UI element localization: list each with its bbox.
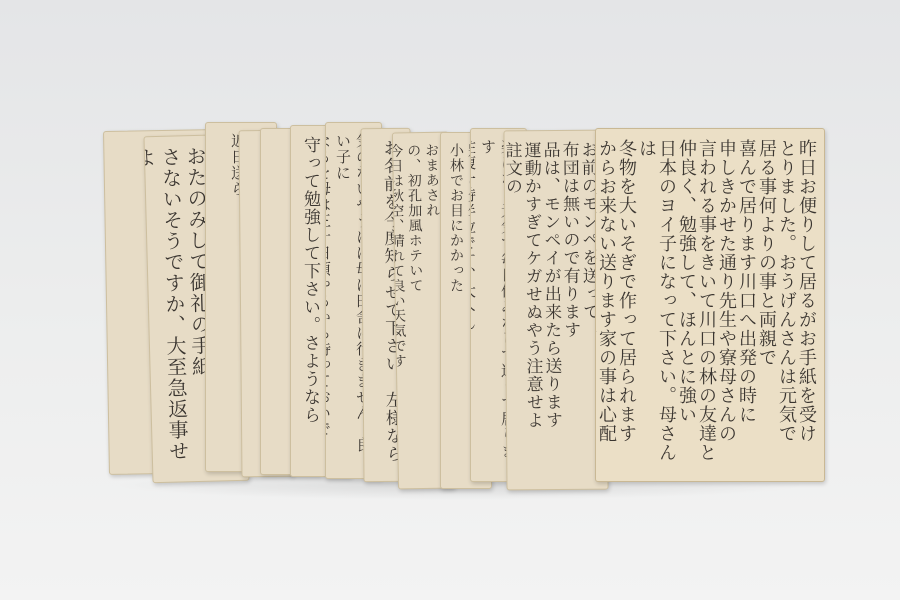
postcard-text: 昨日お便りして居るがお手紙を受け とりました。おうげんさんは元気で 居る事何より… xyxy=(604,139,816,471)
postcard-text: お前のモンペを送って 布団は無いので有ります 品は、モンペイが出来たら送ります … xyxy=(513,141,600,480)
postcard-front: 昨日お便りして居るがお手紙を受け とりました。おうげんさんは元気で 居る事何より… xyxy=(595,128,825,482)
photo-stage: か有りました なさい、清名駐から着荷の通知 ます。 おたのみして御礼の手紙 さな… xyxy=(0,0,900,600)
postcard-12: お前のモンペを送って 布団は無いので有ります 品は、モンペイが出来たら送ります … xyxy=(503,130,608,491)
